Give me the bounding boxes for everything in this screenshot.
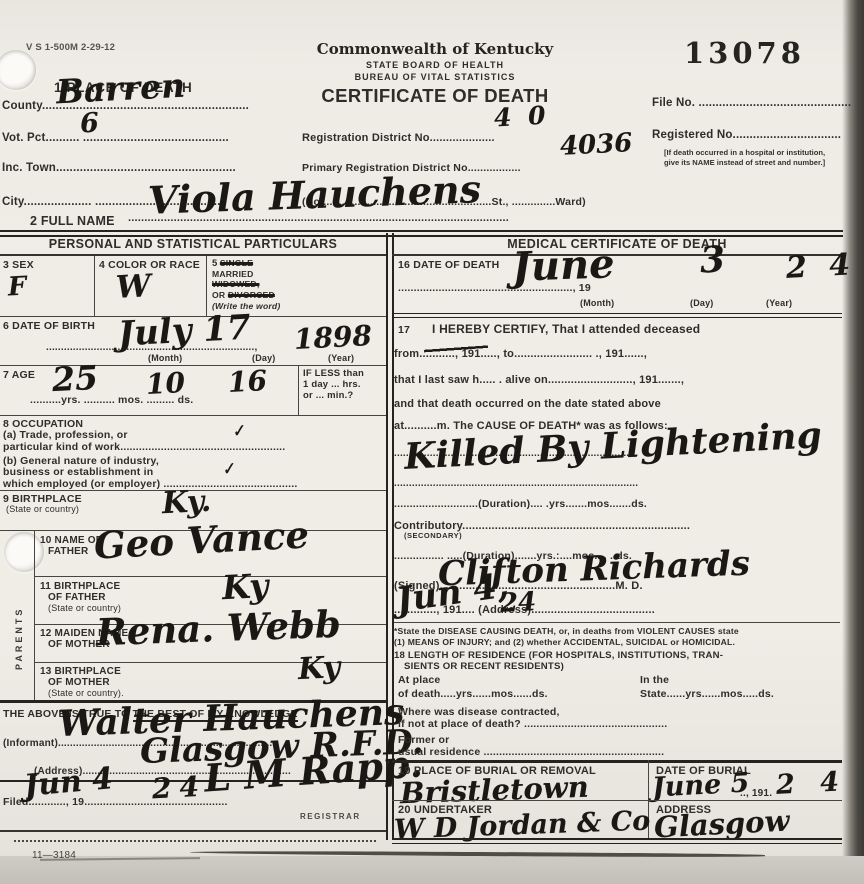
rule: [392, 800, 842, 801]
dob-value: July 17: [117, 311, 251, 352]
marital-number: 5: [212, 258, 217, 269]
if-less-cell: IF LESS than 1 day ... hrs. or ... min.?: [303, 368, 364, 402]
rule: [392, 313, 842, 318]
year-sublabel: (Year): [766, 298, 792, 309]
marital-divorced: DIVORCED: [228, 290, 275, 300]
date-of-burial-value: June 5: [651, 769, 750, 801]
occupation-a-checkmark: ✓: [230, 421, 247, 442]
commonwealth-title: Commonwealth of Kentucky: [295, 40, 575, 58]
issuer-header: Commonwealth of Kentucky STATE BOARD OF …: [295, 40, 575, 107]
filed-date-value: Jun 4: [23, 764, 114, 802]
year-sublabel: (Year): [328, 353, 354, 364]
place-of-burial-value: Bristletown: [400, 773, 590, 809]
marital-widowed: WIDOWED,: [212, 279, 259, 289]
voting-precinct-value: 6: [79, 110, 99, 138]
inc-town-line: Inc. Town...............................…: [2, 162, 236, 176]
rule: [394, 622, 840, 623]
duration-line: ...........................(Duration)...…: [394, 498, 840, 510]
mother-birthplace-sublabel: (State or country).: [48, 688, 124, 699]
registrar-label: REGISTRAR: [300, 812, 361, 821]
date-of-death-day: 3: [699, 241, 726, 278]
sex-label: 3 SEX: [3, 259, 34, 271]
file-no-line: File No. ...............................…: [652, 97, 851, 111]
father-birthplace-value: Ky: [221, 569, 269, 604]
mother-birthplace-value: Ky: [297, 653, 341, 685]
cause-dots: ........................................…: [394, 478, 840, 490]
footnote-line2: (1) MEANS OF INJURY; and (2) whether ACC…: [394, 637, 735, 647]
contracted-line2: if not at place of death? ..............…: [398, 718, 838, 730]
date-of-burial-year: 2 4: [775, 768, 847, 799]
cell-border: [206, 256, 207, 316]
rule: [0, 830, 386, 832]
age-days-value: 16: [227, 367, 267, 397]
cell-border: [94, 256, 95, 316]
occupation-a-line1: (a) Trade, profession, or: [3, 429, 128, 441]
filed-year-value: 24: [151, 773, 207, 804]
in-state-line: State......yrs......mos.....ds.: [640, 688, 774, 700]
section-divider: [0, 230, 843, 237]
former-residence-line2: usual residence ........................…: [398, 746, 838, 758]
registered-no-line: Registered No...........................…: [652, 129, 841, 143]
day-sublabel: (Day): [690, 298, 714, 309]
voting-precinct-line: Vot. Pct.......... .....................…: [2, 132, 229, 146]
age-label: 7 AGE: [3, 369, 35, 381]
certify-number: 17: [398, 324, 410, 336]
rule: [392, 838, 842, 844]
residence-label-line1: 18 LENGTH OF RESIDENCE (FOR HOSPITALS, I…: [394, 650, 723, 661]
death-certificate-scan: V S 1-500M 2-29-12 13078 1 PLACE OF DEAT…: [0, 0, 864, 884]
parents-side-label: PARENTS: [14, 560, 24, 670]
in-the-label: In the: [640, 674, 669, 686]
former-residence-line1: Former or: [398, 734, 449, 746]
age-years-value: 25: [51, 361, 99, 396]
hole-punch: [4, 532, 44, 572]
contracted-line1: Where was disease contracted,: [398, 706, 560, 718]
certify-statement: I HEREBY CERTIFY, That I attended deceas…: [432, 322, 700, 336]
if-less-line3: or ... min.?: [303, 390, 364, 401]
signature-year-value: 24: [499, 589, 536, 617]
last-saw-line: that I last saw h..... . alive on.......…: [394, 374, 840, 387]
birthplace-value: Ky.: [161, 487, 212, 520]
certificate-number-stamp: 13078: [684, 36, 805, 70]
marital-status-cell: 5 SINGLE MARRIED WIDOWED, OR DIVORCED (W…: [212, 258, 384, 311]
marital-or: OR: [212, 290, 228, 300]
at-place-label: At place: [398, 674, 440, 686]
occupation-a-line2: particular kind of work.................…: [3, 441, 383, 453]
if-less-line2: 1 day ... hrs.: [303, 379, 364, 390]
medical-section-title: MEDICAL CERTIFICATE OF DEATH: [392, 237, 842, 252]
full-name-label: 2 FULL NAME: [30, 214, 115, 229]
sex-value: F: [7, 274, 27, 301]
personal-section-title: PERSONAL AND STATISTICAL PARTICULARS: [0, 237, 386, 252]
county-value: Barren: [55, 69, 186, 109]
rule: [14, 840, 376, 842]
month-sublabel: (Month): [148, 353, 182, 364]
date-of-burial-printed-year: .., 191.: [740, 788, 772, 800]
plate-code: 11—3184: [32, 850, 76, 862]
date-of-death-month: June: [511, 244, 615, 288]
birthplace-sublabel: (State or country): [6, 504, 79, 515]
if-less-line1: IF LESS than: [303, 368, 364, 379]
hospital-instruction-note: [If death occurred in a hospital or inst…: [664, 148, 836, 168]
date-of-death-year: 2 4: [785, 250, 857, 284]
date-of-death-label: 16 DATE OF DEATH: [398, 259, 499, 271]
rule: [0, 254, 386, 256]
dob-label: 6 DATE OF BIRTH: [3, 320, 95, 332]
day-sublabel: (Day): [252, 353, 276, 364]
full-name-value: Viola Hauchens: [147, 170, 481, 220]
father-name-label2: FATHER: [48, 546, 88, 558]
father-name-value: Geo Vance: [93, 516, 310, 564]
age-months-value: 10: [145, 369, 185, 399]
rule: [392, 760, 842, 763]
marital-married: MARRIED: [212, 269, 384, 279]
death-occurred-line: and that death occurred on the date stat…: [394, 398, 661, 411]
scan-bottom-edge: [0, 856, 864, 884]
registration-district-line: Registration District No................…: [302, 132, 495, 145]
marital-single: SINGLE: [220, 258, 253, 268]
rule: [34, 576, 386, 577]
rule: [0, 415, 386, 416]
hole-punch: [0, 50, 36, 90]
month-sublabel: (Month): [580, 298, 614, 309]
occupation-b-checkmark: ✓: [220, 459, 237, 480]
rule: [392, 254, 842, 256]
dob-year-value: 1898: [293, 322, 372, 354]
residence-label-line2: SIENTS OR RECENT RESIDENTS): [404, 661, 564, 672]
mother-name-value: Rena. Webb: [95, 606, 341, 652]
registration-district-value: 4 0: [493, 103, 550, 131]
scan-right-edge: [842, 0, 864, 884]
secondary-sublabel: (SECONDARY): [404, 532, 462, 541]
board-title: STATE BOARD OF HEALTH: [295, 60, 575, 71]
bureau-title: BUREAU OF VITAL STATISTICS: [295, 72, 575, 83]
color-race-value: W: [115, 271, 151, 304]
form-code: V S 1-500M 2-29-12: [26, 42, 115, 53]
footnote-line1: *State the DISEASE CAUSING DEATH, or, in…: [394, 626, 739, 636]
occupation-b-line2: business or establishment in: [3, 466, 153, 478]
at-place-line: of death.....yrs......mos......ds.: [398, 688, 548, 700]
cell-border: [34, 530, 35, 700]
cell-border: [298, 366, 299, 415]
primary-registration-value: 4036: [559, 130, 633, 160]
